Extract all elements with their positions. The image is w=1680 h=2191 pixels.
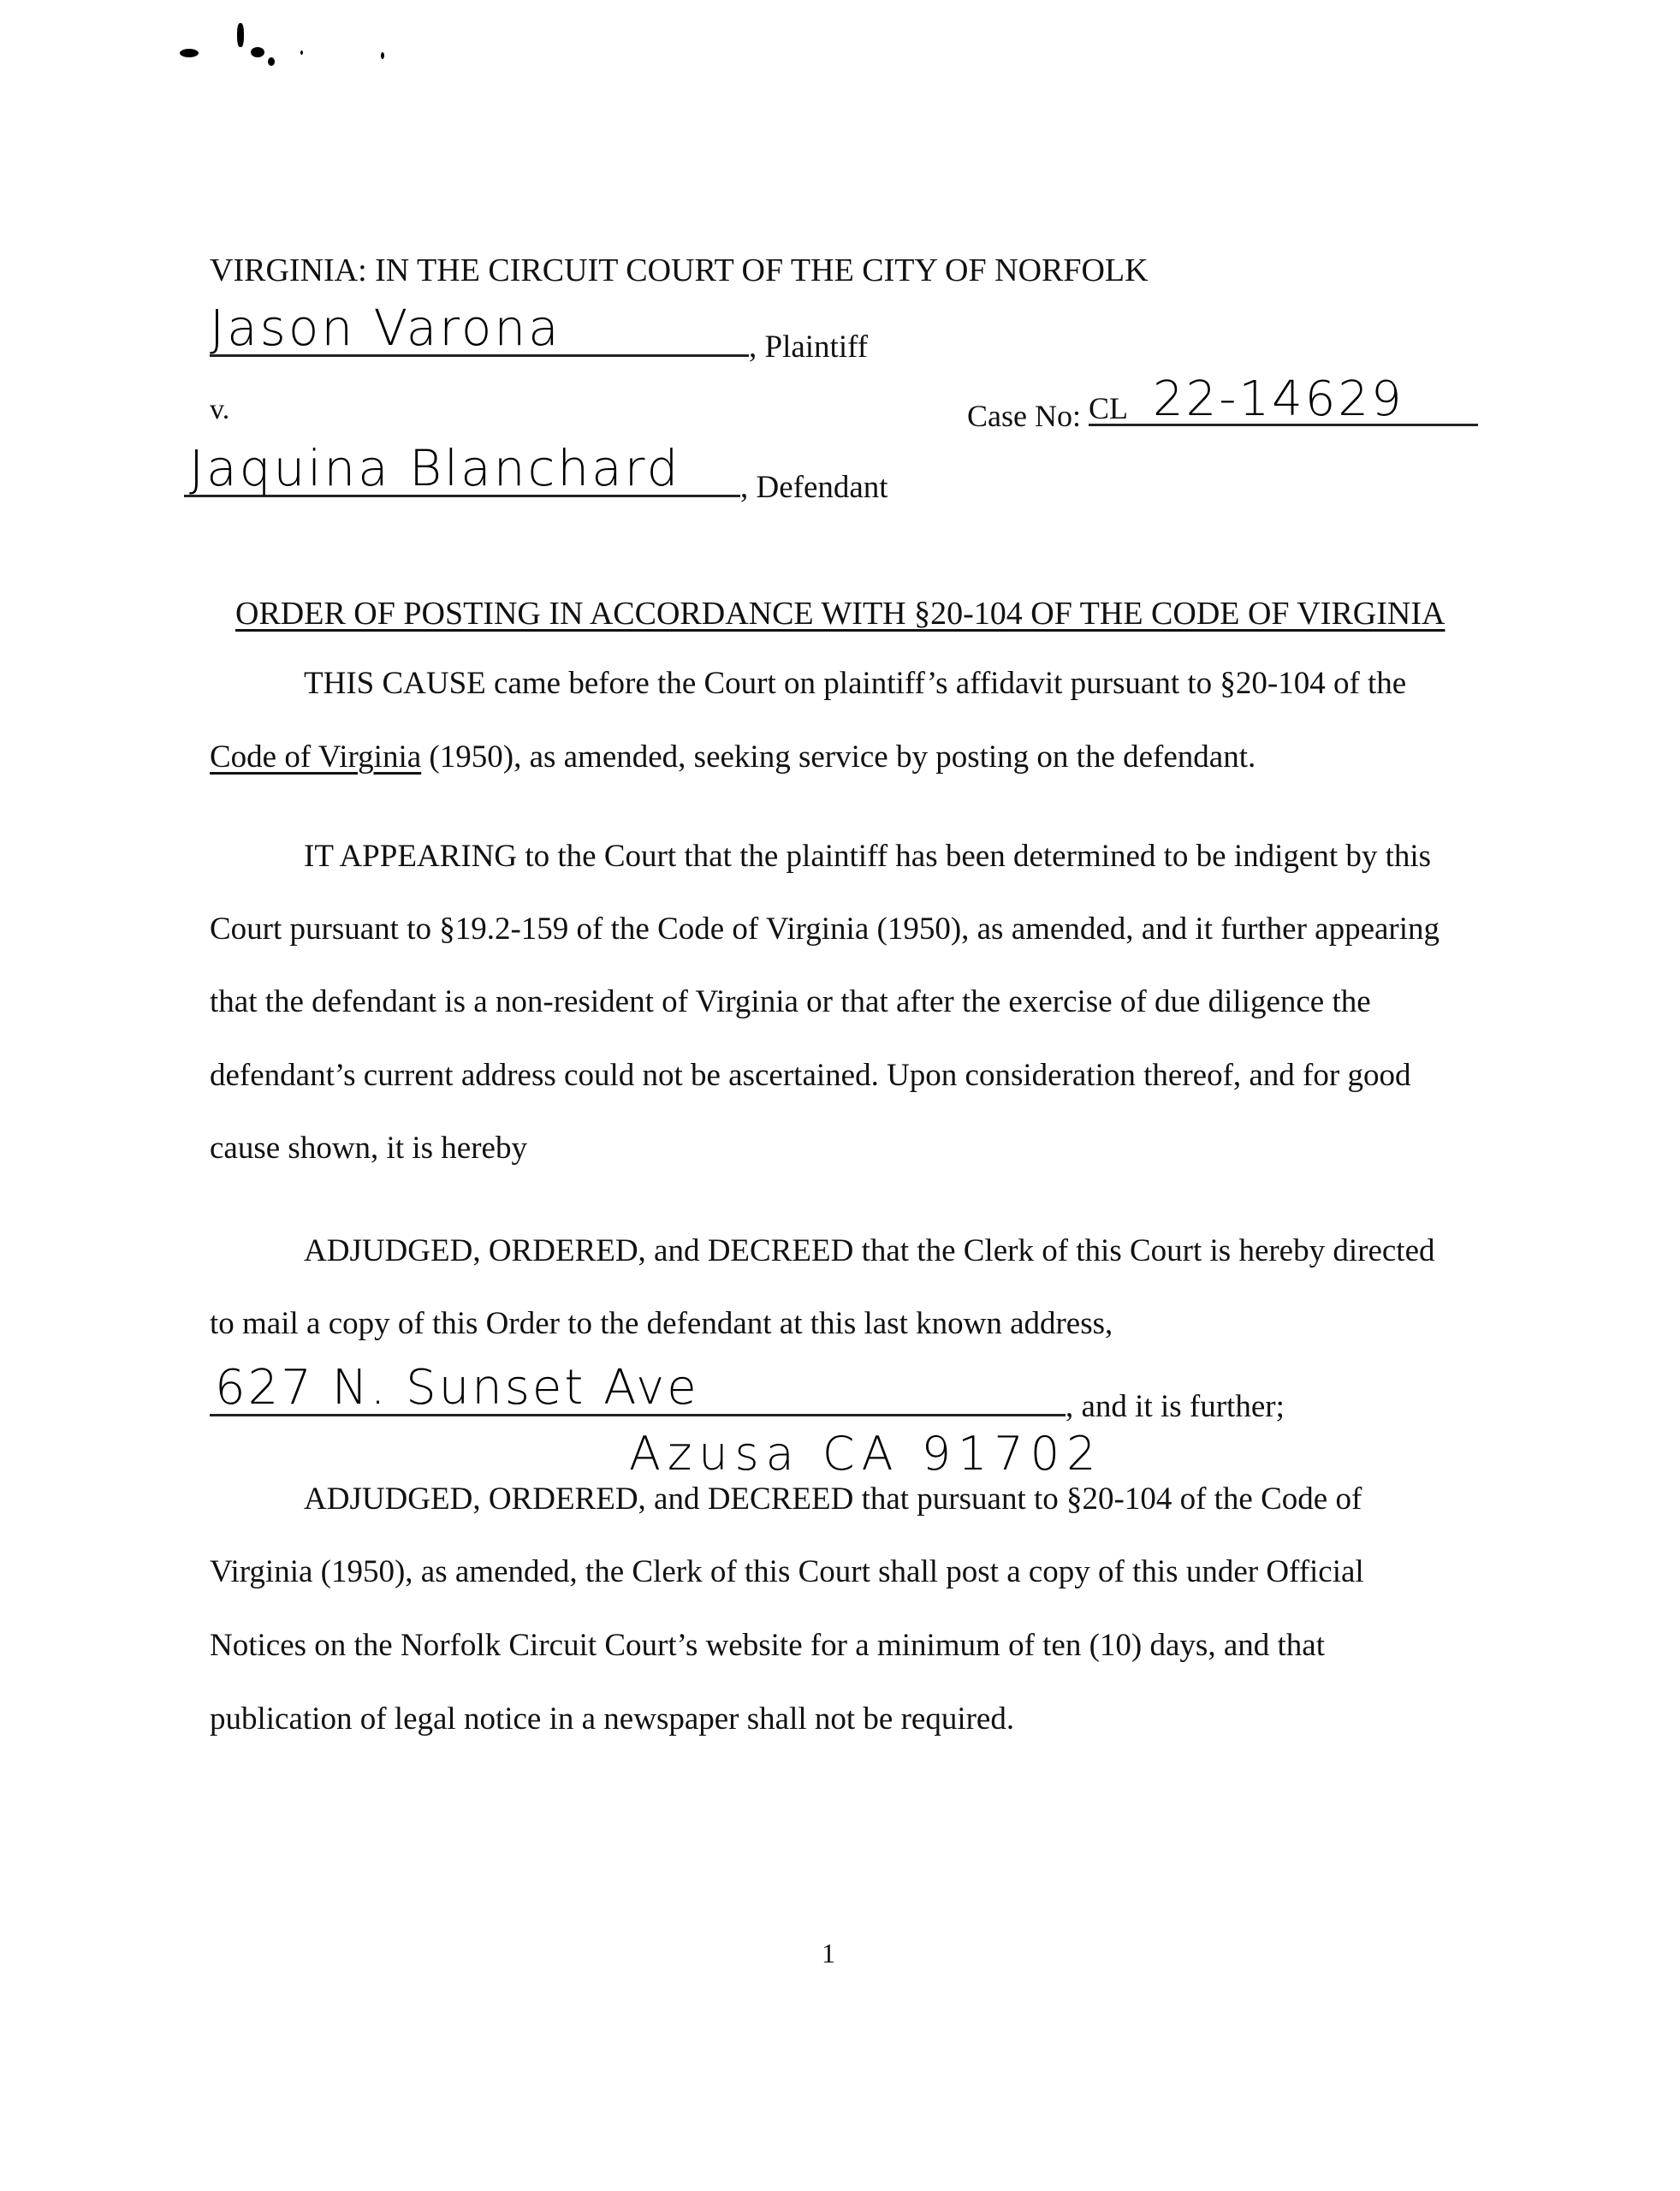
- defendant-label: , Defendant: [740, 470, 888, 505]
- versus-label: v.: [210, 395, 229, 425]
- paragraph-3-line-1: ADJUDGED, ORDERED, and DECREED that the …: [304, 1235, 1435, 1267]
- plaintiff-row: Jason Varona , Plaintiff: [210, 310, 868, 363]
- address-suffix: , and it is further;: [1066, 1389, 1285, 1424]
- paragraph-4-line-2: Virginia (1950), as amended, the Clerk o…: [210, 1556, 1364, 1588]
- case-prefix: CL: [1089, 393, 1128, 424]
- address-line-1: 627 N. Sunset Ave: [215, 1364, 699, 1412]
- court-header: VIRGINIA: IN THE CIRCUIT COURT OF THE CI…: [210, 254, 1149, 287]
- paragraph-1-line-2: Code of Virginia (1950), as amended, see…: [210, 741, 1256, 773]
- defendant-name-field[interactable]: Jaquina Blanchard: [184, 447, 740, 497]
- plaintiff-name-field[interactable]: Jason Varona: [210, 310, 749, 357]
- scan-artifacts: [175, 21, 449, 73]
- paragraph-1-line-2-text: (1950), as amended, seeking service by p…: [421, 739, 1256, 775]
- defendant-row: Jaquina Blanchard , Defendant: [184, 447, 888, 503]
- document-page: VIRGINIA: IN THE CIRCUIT COURT OF THE CI…: [0, 0, 1680, 2191]
- order-title: ORDER OF POSTING IN ACCORDANCE WITH §20-…: [235, 597, 1445, 630]
- paragraph-4-line-3: Notices on the Norfolk Circuit Court’s w…: [210, 1630, 1325, 1661]
- plaintiff-label: , Plaintiff: [749, 330, 868, 365]
- case-number-field[interactable]: CL22-14629: [1089, 389, 1478, 426]
- address-row: 627 N. Sunset Ave , and it is further;: [210, 1369, 1285, 1422]
- case-number-row: Case No: CL22-14629: [967, 389, 1478, 431]
- plaintiff-name: Jason Varona: [210, 303, 561, 353]
- paragraph-4-line-4: publication of legal notice in a newspap…: [210, 1703, 1014, 1735]
- address-line-2: Azusa CA 91702: [629, 1431, 1103, 1477]
- paragraph-2-line-2: Court pursuant to §19.2-159 of the Code …: [210, 913, 1440, 945]
- case-number: 22-14629: [1153, 376, 1404, 424]
- paragraph-2-line-5: cause shown, it is hereby: [210, 1132, 527, 1164]
- paragraph-1-line-1: THIS CAUSE came before the Court on plai…: [304, 668, 1406, 699]
- paragraph-3-line-2: to mail a copy of this Order to the defe…: [210, 1308, 1113, 1339]
- address-field[interactable]: 627 N. Sunset Ave: [210, 1369, 1066, 1416]
- paragraph-2-line-4: defendant’s current address could not be…: [210, 1060, 1410, 1091]
- case-number-label: Case No:: [967, 399, 1089, 433]
- paragraph-2-line-3: that the defendant is a non-resident of …: [210, 986, 1371, 1018]
- defendant-name: Jaquina Blanchard: [189, 443, 680, 493]
- code-of-virginia-citation: Code of Virginia: [210, 739, 421, 775]
- page-number: 1: [822, 1939, 835, 1967]
- paragraph-4-line-1: ADJUDGED, ORDERED, and DECREED that purs…: [304, 1483, 1362, 1515]
- paragraph-2-line-1: IT APPEARING to the Court that the plain…: [304, 840, 1431, 872]
